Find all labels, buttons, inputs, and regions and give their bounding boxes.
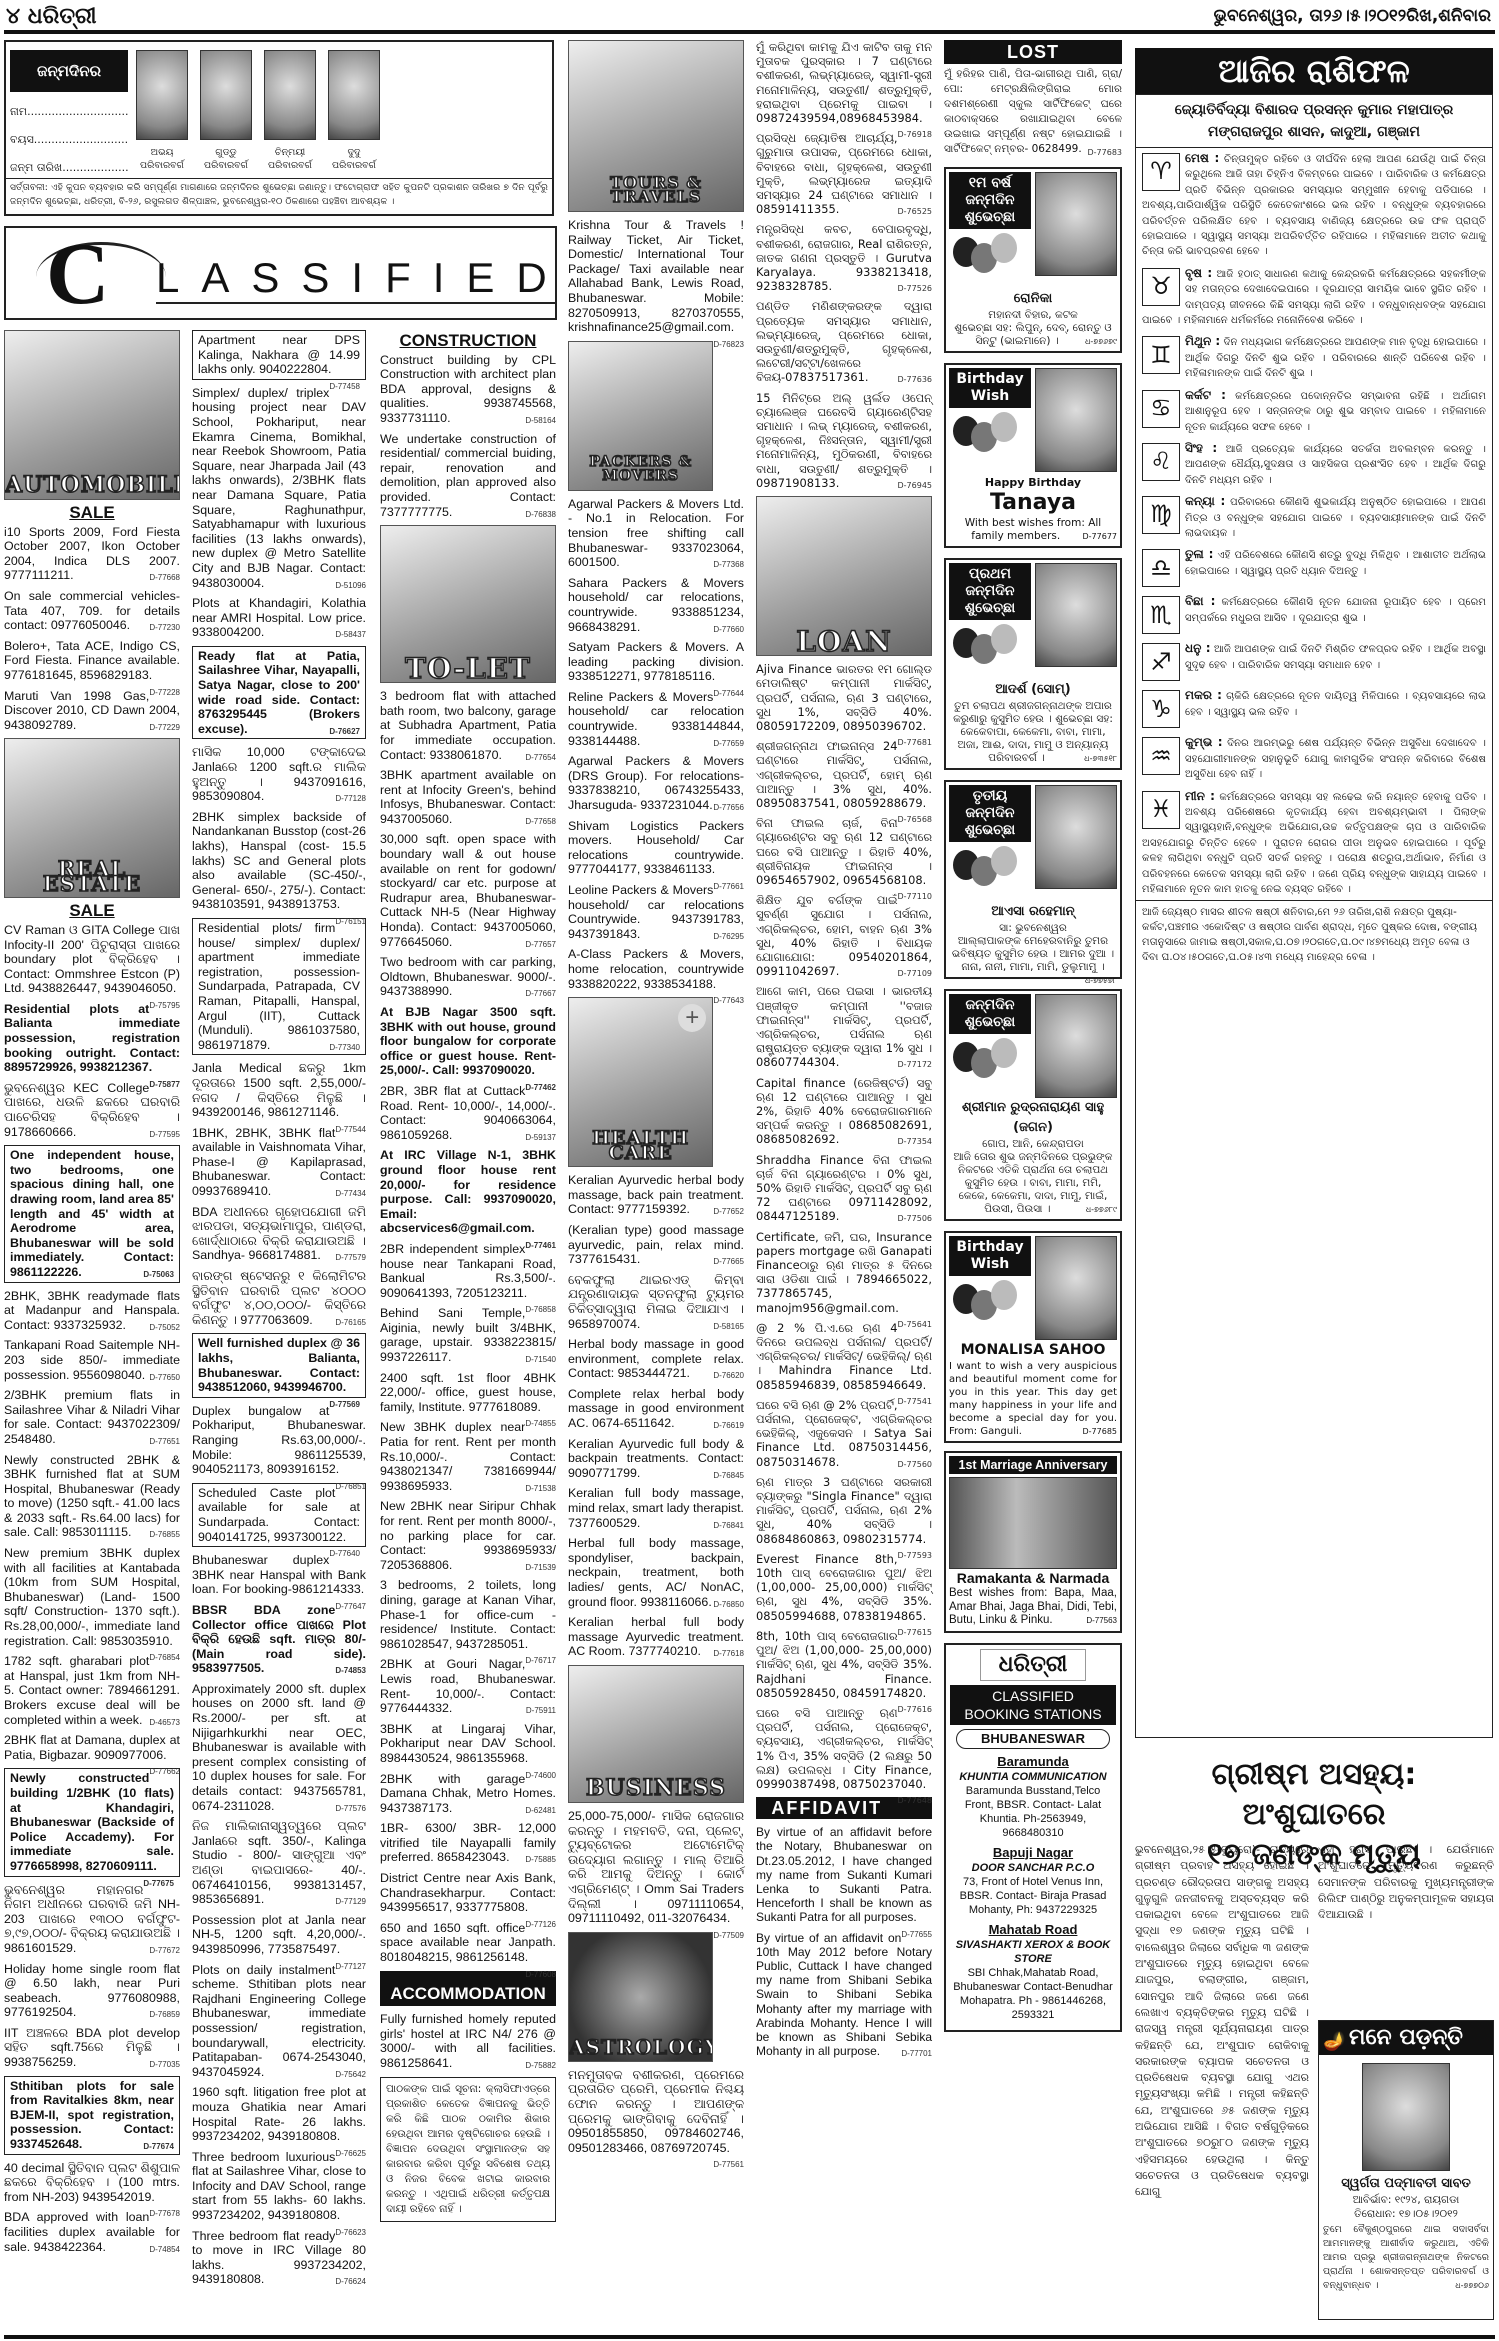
classified-ad: 3BHK apartment available on rent at Info…	[380, 768, 556, 826]
medical-cross-icon: +	[678, 1004, 706, 1032]
ad-code: D-77618	[713, 1647, 744, 1662]
ad-code: D-77129	[335, 1895, 366, 1910]
caption-name: ଅଭୟ	[132, 146, 192, 159]
ad-text: Ajiva Finance ଭାରତର ୧ମ ଗୋଲ୍ଡ ମେଡାଲିଷ୍ଟ କ…	[756, 662, 932, 733]
zodiac-icon: ♋	[1142, 390, 1180, 428]
caption-family: ପରିବାରବର୍ଗ	[260, 159, 320, 172]
ad-code: D-77640	[329, 1547, 360, 1562]
classified-ad: ବେକଫୁଲା ଥାଇରଏଡ୍ କିମ୍ବା ଯନ୍ତ୍ରଣାଦାୟକ ସ୍ତନ…	[568, 1273, 744, 1331]
classified-ad: 2BHK simplex backside of Nandankanan Bus…	[192, 810, 366, 912]
ad-code: D-77110	[898, 890, 933, 904]
booking-station: Mahatab RoadSIVASHAKTI XEROX & BOOK STOR…	[950, 1921, 1116, 2022]
zodiac-icon: ♈	[1142, 153, 1180, 191]
ad-text: A-Class Packers & Movers, home relocatio…	[568, 947, 744, 990]
classified-ad: A-Class Packers & Movers, home relocatio…	[568, 947, 744, 991]
ad-code: D-58165	[713, 1320, 744, 1335]
lost-code: D-77683	[1088, 145, 1123, 160]
wish-name: ରୋନିକା	[949, 289, 1117, 309]
birthday-wish-card: Birthday WishHappy BirthdayTanayaWith be…	[944, 363, 1122, 548]
ad-code: D-71539	[525, 1561, 556, 1576]
zodiac-icon: ♌	[1142, 443, 1180, 481]
lost-text: ମୁଁ ହରିହର ପାଣି, ପିତା-ଭାଗୀରଥି ପାଣି, ଗ୍ରା/…	[944, 68, 1122, 155]
ad-text: Apartment near DPS Kalinga, Nakhara @ 14…	[198, 333, 360, 376]
wish-heading: ଜନ୍ମଦିନ ଶୁଭେଚ୍ଛା	[949, 994, 1031, 1034]
sign-name: ବିଛା :	[1185, 594, 1215, 608]
dharitri-logo: ଧରିତ୍ରୀ	[980, 1649, 1086, 1681]
ad-code: D-77657	[525, 938, 556, 953]
classified-ad: 3 bedrooms, 2 toilets, long dining, gara…	[380, 1578, 556, 1651]
classified-ad: Sthitiban plots for sale from Ravitalkie…	[4, 2076, 180, 2155]
classified-ad: ପଣ୍ଡିତ ମଣିଶଙ୍କରଙ୍କ ଦ୍ୱାରା ପ୍ରତ୍ୟେକ ସମସ୍ୟ…	[756, 299, 932, 384]
station-agent: DOOR SANCHAR P.C.O	[950, 1861, 1116, 1875]
bottom-rule	[4, 2335, 1495, 2339]
ad-code: D-76841	[713, 1519, 744, 1534]
classified-ad: ମାସିକ 10,000 ଟଙ୍କାଦେଇ Janlaରେ 1200 sqft.…	[192, 745, 366, 803]
wish-photo	[1035, 994, 1117, 1098]
ad-text: 2400 sqft. 1st floor 4BHK 22,000/- offic…	[380, 1371, 556, 1414]
classified-ad: Plots on daily instalment scheme. Sthiti…	[192, 1963, 366, 2080]
ad-code: D-77541	[898, 1395, 933, 1409]
loan-ads-list: Ajiva Finance ଭାରତର ୧ମ ଗୋଲ୍ଡ ମେଡାଲିଷ୍ଟ କ…	[756, 662, 932, 1791]
automobile-image: AUTOMOBILE	[4, 330, 180, 500]
sign-name: ମେଷ :	[1185, 151, 1219, 165]
station-address: Baramunda Busstand,Telco Front, BBSR. Co…	[950, 1784, 1116, 1840]
astrologer-name: ଜ୍ୟୋତିର୍ବିଦ୍ୟା ବିଶାରଦ ପ୍ରସନ୍ନ କୁମାର ମହାପ…	[1136, 99, 1492, 121]
ad-text: 30,000 sqft. open space with boundary wa…	[380, 832, 556, 948]
ad-code: D-77608	[525, 1968, 556, 1983]
sign-name: ସିଂହ :	[1185, 441, 1217, 455]
lost-heading: LOST	[944, 40, 1122, 64]
zodiac-sign-entry: ♊ମିଥୁନ : ଦିନ ମଧ୍ୟଭାଗ କର୍ମକ୍ଷେତ୍ରରେ ଆପଣଙ୍…	[1136, 331, 1492, 384]
wish-photo	[1035, 1236, 1117, 1340]
birthday-wish-card: ପ୍ରଥମ ଜନ୍ମଦିନ ଶୁଭେଚ୍ଛାଆଦର୍ଶ (ସୋମ୍)ତୁମ ଚଲ…	[944, 558, 1122, 770]
classified-ad: 25,000-75,000/- ମାସିକ ରୋଜଗାର କରନ୍ତୁ । ମହ…	[568, 1809, 744, 1926]
classified-ad: District Centre near Axis Bank, Chandras…	[380, 1871, 556, 1915]
classified-ad: Fully furnished homely reputed girls' ho…	[380, 2012, 556, 2070]
sign-prediction: ଏହି ପରିବେଶରେ କୌଣସି ଶତ୍ରୁ ବୁଦ୍ଧି ମିଳିଥିବ …	[1185, 550, 1486, 576]
wish-name: MONALISA SAHOO	[949, 1340, 1117, 1360]
classified-banner: C LASSIFIED	[4, 226, 557, 320]
ad-text: We undertake construction of residential…	[380, 432, 556, 519]
deceased-name: ସ୍ୱର୍ଗତା ପଦ୍ମାବତୀ ସାବତ	[1319, 2175, 1493, 2193]
classified-ad: Certificate, ଜମି, ଘର, Insurance papers m…	[756, 1230, 932, 1315]
ad-code: D-75882	[525, 2059, 556, 2074]
ad-text: 15 ମିନିଟ୍‌ରେ ଅଲ୍ ୱର୍ଲଡ ଓପେନ୍ ଚ୍ୟାଲେଞ୍ଜ ଘ…	[756, 391, 932, 490]
tolet-caption: TO-LET	[381, 662, 555, 677]
classified-ad: Duplex bungalow at Pokhariput, Bhubanesw…	[192, 1404, 366, 1477]
healthcare-image: + HEALTH CARE	[568, 997, 713, 1167]
reader-notice: ପାଠକଙ୍କ ପାଇଁ ସୂଚନା: କ୍ଲାସିଫାଏଡ୍‌ରେ ପ୍ରକା…	[380, 2077, 556, 2222]
wish-name: ଆଏସା ରହେମାନ୍	[949, 902, 1117, 922]
ad-code: D-77672	[149, 1944, 180, 1959]
booking-station: Bapuji NagarDOOR SANCHAR P.C.O73, Front …	[950, 1844, 1116, 1917]
ad-code: D-77544	[335, 1123, 366, 1138]
ad-code: D-75641	[898, 1318, 933, 1332]
ad-code: D-77354	[898, 1135, 933, 1149]
astrologer-place: ମଙ୍ଗରାଜପୁର ଶାସନ, କାଦୁଆ, ଗଞ୍ଜାମ	[1136, 121, 1492, 143]
ad-code: D-76165	[335, 1316, 366, 1331]
accommodation-ads-list: Fully furnished homely reputed girls' ho…	[380, 2012, 556, 2070]
tolet-image: TO-LET	[380, 525, 556, 683]
sign-name: ବୃଷ :	[1185, 266, 1212, 280]
wish-text: ଆଲ୍ଲାପାକଙ୍କ ମେହେରବାନିରୁ ତୁମର ଭବିଷ୍ୟତ କୁସ…	[952, 935, 1114, 973]
ad-text: At BJB Nagar 3500 sqft. 3BHK with out ho…	[380, 1005, 556, 1077]
classified-ad: New premium 3BHK duplex with all facilit…	[4, 1546, 180, 1648]
zodiac-sign-entry: ♎ତୁଳା : ଏହି ପରିବେଶରେ କୌଣସି ଶତ୍ରୁ ବୁଦ୍ଧି …	[1136, 544, 1492, 591]
caption-family: ପରିବାରବର୍ଗ	[132, 159, 192, 172]
ad-code: D-76854	[149, 1651, 180, 1666]
loan-caption: LOAN	[757, 635, 931, 649]
sign-name: ମକର :	[1185, 688, 1222, 702]
ad-code: D-76850	[713, 1598, 744, 1613]
astro-ads-list: ମୁଁ କରିଥିବା କାମକୁ ଯିଏ କାଟିବ ତାକୁ ମନ ମୁତା…	[756, 40, 932, 490]
ad-text: ଆଗେ କାମ, ପରେ ପଇସା । ଭାରତୀୟ ପଞ୍ଜୀକୃତ କମ୍ପ…	[756, 984, 932, 1069]
ad-text: Krishna Tour & Travels ! Railway Ticket,…	[568, 218, 744, 334]
ad-code: D-77650	[149, 1371, 180, 1386]
caption-name: ଚିନ୍ମୟୀ	[260, 146, 320, 159]
birth-info: ଆବିର୍ଭାବ: ୧୯୨୪, ରାୟଗଡା	[1319, 2193, 1493, 2207]
balloons-icon	[949, 1034, 1031, 1094]
headline-line-1: ଗ୍ରୀଷ୍ମ ଅସହ୍ୟ: ଅଂଶୁଘାତରେ	[1135, 1755, 1493, 1835]
page-label: ୪ ଧରିତ୍ରୀ	[6, 4, 97, 29]
ad-code: D-76858	[525, 1303, 556, 1318]
sign-name: ମୀନ :	[1185, 789, 1215, 803]
ad-code: D-76859	[149, 2008, 180, 2023]
classified-ad: Tankapani Road Saitemple NH-203 side 850…	[4, 1338, 180, 1382]
wish-message: With best wishes from: All family member…	[949, 517, 1117, 543]
ad-code: D-58164	[525, 414, 556, 429]
business-image: BUSINESS	[568, 1665, 744, 1803]
column-services: TOURS & TRAVELS Krishna Tour & Travels !…	[568, 40, 744, 2173]
ad-code: D-71540	[525, 1353, 556, 1368]
sign-prediction: ଦିନ ମଧ୍ୟଭାଗ କର୍ମକ୍ଷେତ୍ରରେ ଆପଣଙ୍କ ମାନ ବୃଦ…	[1185, 337, 1486, 379]
ad-code: D-62481	[525, 1804, 556, 1819]
caption-name: ଦୁଦୁ	[324, 146, 384, 159]
ad-code: D-77652	[713, 1205, 744, 1220]
zodiac-signs-list: ♈ମେଷ : ଚିନ୍ତାମୁକ୍ତ ରହିବେ ଓ ଦୀର୍ଘଦିନ ହେଲା…	[1136, 148, 1492, 900]
loan-image: LOAN	[756, 496, 932, 656]
zodiac-sign-entry: ♌ସିଂହ : ଆଜି ପ୍ରତ୍ୟେକ କାର୍ଯ୍ୟରେ ସତର୍କତା ଅ…	[1136, 438, 1492, 491]
classified-ad: ପ୍ରସିଦ୍ଧ ଜ୍ୟୋତିଷ ଆଚାର୍ଯ୍ୟ, ଗୁରୁମାତା ଉପାସ…	[756, 131, 932, 216]
ad-code: D-76151	[335, 915, 366, 930]
booking-title-1: CLASSIFIED	[950, 1687, 1116, 1705]
birthday-wish-card: Birthday WishMONALISA SAHOOI want to wis…	[944, 1231, 1122, 1443]
classified-ad: 15 ମିନିଟ୍‌ରେ ଅଲ୍ ୱର୍ଲଡ ଓପେନ୍ ଚ୍ୟାଲେଞ୍ଜ ଘ…	[756, 391, 932, 490]
healthcare-caption: HEALTH CARE	[569, 1131, 712, 1160]
classified-ad: ମନମୁତାବକ ବଶୀକରଣ, ପ୍ରେମରେ ପ୍ରତାରିତ ପ୍ରେମି…	[568, 2068, 744, 2156]
zodiac-sign-entry: ♏ବିଛା : କର୍ମକ୍ଷେତ୍ରରେ କୌଣସି ନୂତନ ଯୋଜନା ର…	[1136, 591, 1492, 638]
classified-ad: Holiday home single room flat @ 6.50 lak…	[4, 1962, 180, 2020]
ad-code: D-77576	[335, 1802, 366, 1817]
coupon-caption-2: ଗୁଡ୍ଡୁପରିବାରବର୍ଗ	[196, 146, 256, 172]
sign-prediction: ଦିନର ଆରମ୍ଭରୁ ଶେଷ ପର୍ଯ୍ୟନ୍ତ ବିଭିନ୍ନ ଅସୁବି…	[1185, 738, 1486, 780]
classified-ad: 40 decimal ସ୍ଥିତିବାନ ପ୍ଲଟ ଶିଶୁପାଳ ଛକରେ ବ…	[4, 2161, 180, 2205]
ad-code: D-76625	[335, 2147, 366, 2162]
ad-code: D-77035	[149, 2058, 180, 2073]
ad-code: D-76568	[898, 813, 933, 827]
coupon-field-name[interactable]: ନାମ.............................	[10, 98, 128, 126]
ad-text: ମୁଁ କରିଥିବା କାମକୁ ଯିଏ କାଟିବ ତାକୁ ମନ ମୁତା…	[756, 40, 932, 125]
obituary-code: ଧ-୭୭୭୦୬	[1455, 2279, 1489, 2293]
ad-text: At IRC Village N-1, 3BHK ground floor ho…	[380, 1148, 556, 1235]
ad-text: District Centre near Axis Bank, Chandras…	[380, 1871, 556, 1914]
ad-code: D-76295	[713, 930, 744, 945]
ad-text: ଶିକ୍ଷିତ ଯୁବ ବର୍ଗଙ୍କ ପାଇଁ ସୁବର୍ଣ୍ଣ ସୁଯୋଗ …	[756, 893, 932, 978]
balloons-icon	[949, 408, 1031, 468]
wish-message: ତୁମ ଚଲାପଥ ଶ୍ରୀଜଗନ୍ନାଥଙ୍କ ଅପାର କରୁଣାରୁ କୁ…	[949, 700, 1117, 765]
ad-code: D-75885	[525, 1853, 556, 1868]
ad-text: Scheduled Caste plot available for sale …	[198, 1486, 360, 1544]
ad-code: D-77648	[898, 1794, 933, 1808]
ad-code: D-77526	[898, 282, 933, 296]
obituary-title: ମନେ ପଡ଼ନ୍ତି	[1349, 2025, 1463, 2050]
ad-code: D-51096	[335, 579, 366, 594]
anniversary-heading: 1st Marriage Anniversary	[949, 1456, 1117, 1474]
rent-ads-list: 3 bedroom flat with attached bath room, …	[380, 689, 556, 1965]
realestate-caption: REAL ESTATE	[5, 862, 179, 891]
classified-ad: Newly constructed building 1/2BHK (10 fl…	[4, 1768, 180, 1876]
ad-code: D-76717	[525, 1654, 556, 1669]
station-agent: KHUNTIA COMMUNICATION	[950, 1770, 1116, 1784]
ad-code: D-77127	[335, 1960, 366, 1975]
wish-code: ଧ-୭୩୫୧୮	[1084, 752, 1117, 765]
wish-heading: ୧ମ ବର୍ଷ ଜନ୍ମଦିନ ଶୁଭେଚ୍ଛା	[949, 172, 1031, 229]
ad-code: D-77340	[329, 1041, 360, 1056]
construction-ads-list: Construct building by CPL Construction w…	[380, 353, 556, 520]
classified-ad: We undertake construction of residential…	[380, 432, 556, 520]
zodiac-sign-entry: ♍କନ୍ୟା : ପରିବାରରେ କୌଣସି ଶୁଭକାର୍ଯ୍ୟ ଅନୁଷ୍…	[1136, 491, 1492, 544]
ad-code: D-77128	[335, 792, 366, 807]
ad-code: D-76855	[149, 1528, 180, 1543]
packers-caption: PACKERS & MOVERS	[569, 455, 712, 484]
classified-ad: Satyam Packers & Movers. A leading packi…	[568, 640, 744, 684]
couple-photo	[949, 1477, 1117, 1569]
birthday-wish-card: ଜନ୍ମଦିନ ଶୁଭେଚ୍ଛାଶ୍ରୀମାନ ରୁଦ୍ରନାରାୟଣ ସାହୁ…	[944, 989, 1122, 1221]
sign-prediction: ଆଜି ପ୍ରତ୍ୟେକ କାର୍ଯ୍ୟରେ ସତର୍କତା ଅବଲମ୍ବନ କ…	[1185, 444, 1486, 486]
ad-code: D-77662	[149, 1765, 180, 1780]
classified-ad: By virtue of an affidavit on 10th May 20…	[756, 1931, 932, 2059]
classified-ad: i10 Sports 2009, Ford Fiesta October 200…	[4, 525, 180, 583]
zodiac-icon: ♑	[1142, 690, 1180, 728]
zodiac-sign-entry: ♐ଧନୁ : ଆଜି ଆପଣଙ୍କ ପାଇଁ ଦିନଟି ମିଶ୍ରିତ ଫଳପ…	[1136, 638, 1492, 685]
sign-name: କନ୍ୟା :	[1185, 494, 1225, 508]
sign-name: କୁମ୍ଭ :	[1185, 735, 1223, 749]
ad-text: 3 bedrooms, 2 toilets, long dining, gara…	[380, 1578, 556, 1650]
lost-notice: ମୁଁ ହରିହର ପାଣି, ପିତା-ଭାଗୀରଥି ପାଣି, ଗ୍ରା/…	[944, 67, 1122, 157]
wish-heading: Birthday Wish	[949, 1236, 1031, 1276]
classified-ad: 3BHK at Lingaraj Vihar, Pokhariput near …	[380, 1722, 556, 1766]
classified-ad: 1960 sqft. litigation free plot at mouza…	[192, 2085, 366, 2143]
ad-text: By virtue of an affidavit before the Not…	[756, 1825, 932, 1924]
column-wishes: LOST ମୁଁ ହରିହର ପାଣି, ପିତା-ଭାଗୀରଥି ପାଣି, …	[944, 40, 1122, 2032]
ad-code: D-77109	[898, 967, 933, 981]
booking-title: CLASSIFIED BOOKING STATIONS	[950, 1685, 1116, 1725]
ad-code: D-77126	[525, 1918, 556, 1933]
property-ads-list: Apartment near DPS Kalinga, Nakhara @ 14…	[192, 330, 366, 2287]
wish-photo	[1035, 563, 1117, 667]
station-area: Bapuji Nagar	[950, 1844, 1116, 1861]
astrology-caption: ASTROLOGY	[569, 2040, 712, 2055]
anniversary-code: D-77563	[1086, 1614, 1117, 1628]
ad-code: D-71538	[525, 1482, 556, 1497]
classified-ad: Possession plot at Janla near NH-5, 1200…	[192, 1913, 366, 1957]
ad-code: D-77368	[713, 558, 744, 573]
classified-ad: 30,000 sqft. open space with boundary wa…	[380, 832, 556, 949]
ad-code: D-76918	[898, 128, 933, 142]
anniversary-names: Ramakanta & Narmada	[949, 1569, 1117, 1587]
obituary-box: 🪔 ମନେ ପଡ଼ନ୍ତି ସ୍ୱର୍ଗତା ପଦ୍ମାବତୀ ସାବତ ଆବି…	[1318, 2020, 1494, 2320]
wish-code: D-77677	[1083, 530, 1118, 543]
classified-ad: ମନ୍ତ୍ରସିଦ୍ଧ କବଚ, ବେପାରବୃଦ୍ଧି, ବଶୀକରଣ, ରୋ…	[756, 222, 932, 293]
classified-ad: One independent house, two bedrooms, one…	[4, 1145, 180, 1282]
sign-prediction: କର୍ମକ୍ଷେତ୍ରରେ କୌଣସି ନୂତନ ଯୋଜନା ରୂପାୟିତ ହ…	[1185, 597, 1486, 623]
ad-text: Ready flat at Patia, Sailashree Vihar, N…	[198, 649, 360, 736]
ad-code: D-77667	[525, 987, 556, 1002]
wish-subtitle: ଗୋପ, ଆନି, କେନ୍ଦ୍ରାପଡା	[949, 1138, 1117, 1151]
death-info: ତିରୋଧାନ: ୧୭।୦୫।୨୦୧୨	[1319, 2207, 1493, 2221]
packers-ads-list: Agarwal Packers & Movers Ltd. - No.1 in …	[568, 497, 744, 991]
ad-code: D-76838	[525, 508, 556, 523]
classified-ad: Keralian herbal full body massage Ayurve…	[568, 1615, 744, 1659]
coupon-fields: ନାମ............................. ବୟସ....…	[10, 98, 128, 182]
classified-ad: ଘରେ ବସି ପାଆନ୍ତୁ ଋଣ ପ୍ରପର୍ଟି, ପର୍ସନାଲ, ପ୍…	[756, 1706, 932, 1791]
ad-text: 2BHK flat at Damana, duplex at Patia, Bi…	[4, 1733, 180, 1762]
wish-name: ଆଦର୍ଶ (ସୋମ୍)	[949, 680, 1117, 700]
ad-code: D-77615	[898, 1626, 933, 1640]
classified-ad: Agarwal Packers & Movers (DRS Group). Fo…	[568, 754, 744, 812]
construction-heading: CONSTRUCTION	[380, 334, 556, 349]
ad-text: 2BHK simplex backside of Nandankanan Bus…	[192, 810, 366, 912]
ad-text: Well furnished duplex @ 36 lakhs, Balian…	[198, 1336, 360, 1394]
news-body-left: ଭୁବନେଶ୍ୱର,୨୫।୫(ବ୍ୟୁରୋ)- ରାଜ୍ୟରେ ଗ୍ରୀଷ୍ମ …	[1135, 1842, 1309, 2201]
ad-code: D-74853	[335, 1664, 366, 1679]
ad-code: D-76823	[713, 338, 744, 353]
ad-text: ନିଜ ମାଲିକାନାସ୍ୱତ୍ୱରେ ପ୍ଲଟ Janlaରେ sqft. …	[192, 1819, 366, 1906]
ad-code: D-77616	[898, 1703, 933, 1717]
wish-code: D-77685	[1083, 1425, 1118, 1438]
ad-text: Residential plots/ firm house/ simplex/ …	[198, 921, 360, 1052]
zodiac-icon: ♎	[1142, 549, 1180, 587]
ad-code: D-77636	[898, 373, 933, 387]
classified-ad: (Keralian type) good massage ayurvedic, …	[568, 1223, 744, 1267]
dateline: ଭୁବନେଶ୍ୱର, ତା୨୬।୫।୨୦୧୨ରିଖ,ଶନିବାର	[1214, 6, 1491, 26]
ad-code: D-77678	[149, 2207, 180, 2222]
classified-ad: Janla Medical ଛକରୁ 1km ଦୂରତାରେ 1500 sqft…	[192, 1061, 366, 1119]
ad-text: Janla Medical ଛକରୁ 1km ଦୂରତାରେ 1500 sqft…	[192, 1061, 366, 1119]
masthead: ୪ ଧରିତ୍ରୀ ଭୁବନେଶ୍ୱର, ତା୨୬।୫।୨୦୧୨ରିଖ,ଶନିବ…	[0, 0, 1499, 32]
ad-text: Newly constructed building 1/2BHK (10 fl…	[10, 1771, 174, 1873]
ad-text: Possession plot at Janla near NH-5, 1200…	[192, 1913, 366, 1956]
classified-ad: On sale commercial vehicles- Tata 407, 7…	[4, 589, 180, 633]
ad-code: D-76619	[713, 1419, 744, 1434]
classified-ad: New 2BHK near Siripur Chhak for rent. Re…	[380, 1499, 556, 1572]
sign-prediction: କର୍ମକ୍ଷେତ୍ରରେ ପଦୋନ୍ନତିର ସମ୍ଭାବନା ରହିଛି ।…	[1185, 391, 1486, 433]
ad-code: D-77654	[525, 751, 556, 766]
station-address: SBI Chhak,Mahatab Road, Bhubaneswar Cont…	[950, 1966, 1116, 2022]
classified-ad: 1BR- 6300/ 3BR- 12,000 vitrified tile Na…	[380, 1821, 556, 1865]
zodiac-sign-entry: ♓ମୀନ : କର୍ମକ୍ଷେତ୍ରରେ ସମସ୍ୟା ସହ ଲଢେଇ କରି …	[1136, 786, 1492, 901]
classified-ad: ମୁଁ କରିଥିବା କାମକୁ ଯିଏ କାଟିବ ତାକୁ ମନ ମୁତା…	[756, 40, 932, 125]
ad-text: One independent house, two bedrooms, one…	[10, 1148, 174, 1279]
classified-ad: Shraddha Finance ବିନା ଫାଇଲ ଚାର୍ଜ ବିନା ଗ୍…	[756, 1153, 932, 1224]
wishes-list: ୧ମ ବର୍ଷ ଜନ୍ମଦିନ ଶୁଭେଚ୍ଛାରୋନିକାମହାନଦୀ ବିହ…	[944, 167, 1122, 1443]
ad-code: D-75063	[143, 1268, 174, 1283]
classified-initial: C	[46, 226, 110, 320]
wish-message: I want to wish a very auspicious and bea…	[949, 1360, 1117, 1438]
ad-code: D-76620	[713, 1369, 744, 1384]
ad-code: D-75911	[526, 1704, 556, 1719]
ad-code: D-76845	[713, 1469, 744, 1484]
ad-text: Bolero+, Tata ACE, Indigo CS, Ford Fiest…	[4, 639, 180, 682]
ad-code: D-59137	[525, 1131, 556, 1146]
caption-name: ଗୁଡ୍ଡୁ	[196, 146, 256, 159]
ad-code: D-77569	[329, 1398, 360, 1413]
classified-ad: Residential plots/ firm house/ simplex/ …	[192, 918, 366, 1055]
zodiac-sign-entry: ♑ମକର : ଚାକିରି କ୍ଷେତ୍ରରେ ନୂତନ ଦାୟିତ୍ୱ ମିଳ…	[1136, 685, 1492, 732]
classified-ad: 2BHK flat at Damana, duplex at Patia, Bi…	[4, 1733, 180, 1762]
ad-code: D-77228	[149, 686, 180, 701]
coupon-title: ଜନ୍ମଦିନର ଶୁଭେଚ୍ଛା	[10, 50, 128, 92]
ad-code: D-77681	[898, 736, 933, 750]
ad-code: D-75877	[149, 1078, 180, 1093]
ad-text: Approximately 2000 sft. duplex houses on…	[192, 1682, 366, 1813]
ad-code: D-77701	[901, 2047, 932, 2061]
booking-city: BHUBANESWAR	[956, 1729, 1110, 1749]
ad-text: 40 decimal ସ୍ଥିତିବାନ ପ୍ଲଟ ଶିଶୁପାଳ ଛକରେ ବ…	[4, 2161, 180, 2204]
classified-ad: Construct building by CPL Construction w…	[380, 353, 556, 426]
coupon-note: ସର୍ତ୍ତାବଳୀ: ଏହି କୁପନ ବ୍ୟବହାର କରି ସମ୍ପୂର୍…	[6, 178, 552, 211]
wish-name: ଶ୍ରୀମାନ ରୁଦ୍ରନାରାୟଣ ସାହୁ (ଜଗନ)	[949, 1098, 1117, 1138]
ad-code: D-76851	[335, 1480, 366, 1495]
ad-code: D-75642	[335, 2068, 366, 2083]
panjika-note: ଆଜି ଜ୍ୟେଷ୍ଠ ମାସର ଶୀତଳ ଷଷ୍ଠୀ ଶନିବାର,ମେ ୨୬…	[1136, 900, 1492, 969]
coupon-photo-3	[264, 50, 316, 140]
ad-code: D-77506	[898, 1212, 933, 1226]
wish-heading: ପ୍ରଥମ ଜନ୍ମଦିନ ଶୁଭେଚ୍ଛା	[949, 563, 1031, 620]
classified-ad: Capital finance (ରେଜିଷ୍ଟର୍ଡ) ସବୁ ଋଣ 12 ଘ…	[756, 1076, 932, 1147]
classified-ad: Sahara Packers & Movers household/ car r…	[568, 576, 744, 634]
ad-text: 3BHK at Lingaraj Vihar, Pokhariput near …	[380, 1722, 556, 1765]
ad-code: D-77462	[525, 1081, 556, 1096]
column-construction-tolet: CONSTRUCTION Construct building by CPL C…	[380, 330, 556, 2222]
birthday-coupon: ଜନ୍ମଦିନର ଶୁଭେଚ୍ଛା ନାମ...................…	[4, 40, 554, 216]
ad-code: D-77595	[149, 1128, 180, 1143]
zodiac-icon: ♍	[1142, 496, 1180, 534]
booking-station: BaramundaKHUNTIA COMMUNICATIONBaramunda …	[950, 1753, 1116, 1840]
ad-text: ଘରେ ବସି ପାଆନ୍ତୁ ଋଣ ପ୍ରପର୍ଟି, ପର୍ସନାଲ, ପ୍…	[756, 1706, 932, 1791]
coupon-field-age[interactable]: ବୟସ...........................	[10, 126, 128, 154]
sign-name: ମିଥୁନ :	[1185, 334, 1220, 348]
ad-text: Simplex/ duplex/ triplex housing project…	[192, 386, 366, 590]
classified-ad: 2BHK, 3BHK readymade flats at Madanpur a…	[4, 1289, 180, 1333]
ad-code: D-77644	[713, 687, 744, 702]
estate-ads-list: CV Raman ଓ GITA College ପାଖ Infocity-II …	[4, 923, 180, 2254]
ad-code: D-77579	[335, 1251, 366, 1266]
ad-code: D-77668	[149, 571, 180, 586]
ad-code: D-74600	[525, 1769, 556, 1784]
classified-ad: Herbal full body massage, spondyliser, b…	[568, 1536, 744, 1609]
sign-prediction: ପରିବାରରେ କୌଣସି ଶୁଭକାର୍ଯ୍ୟ ଅନୁଷ୍ଠିତ ହୋଇପା…	[1185, 497, 1486, 539]
balloons-icon	[949, 1276, 1031, 1336]
zodiac-icon: ♐	[1142, 643, 1180, 681]
station-agent: SIVASHAKTI XEROX & BOOK STORE	[950, 1938, 1116, 1966]
wish-text: With best wishes from: All family member…	[965, 517, 1101, 542]
tours-ads-list: Krishna Tour & Travels ! Railway Ticket,…	[568, 218, 744, 335]
ad-text: ମନମୁତାବକ ବଶୀକରଣ, ପ୍ରେମରେ ପ୍ରତାରିତ ପ୍ରେମି…	[568, 2068, 744, 2155]
ad-code: D-46573	[149, 1716, 180, 1731]
classified-ad: Ajiva Finance ଭାରତର ୧ମ ଗୋଲ୍ଡ ମେଡାଲିଷ୍ଟ କ…	[756, 662, 932, 733]
classified-ad: Krishna Tour & Travels ! Railway Ticket,…	[568, 218, 744, 335]
